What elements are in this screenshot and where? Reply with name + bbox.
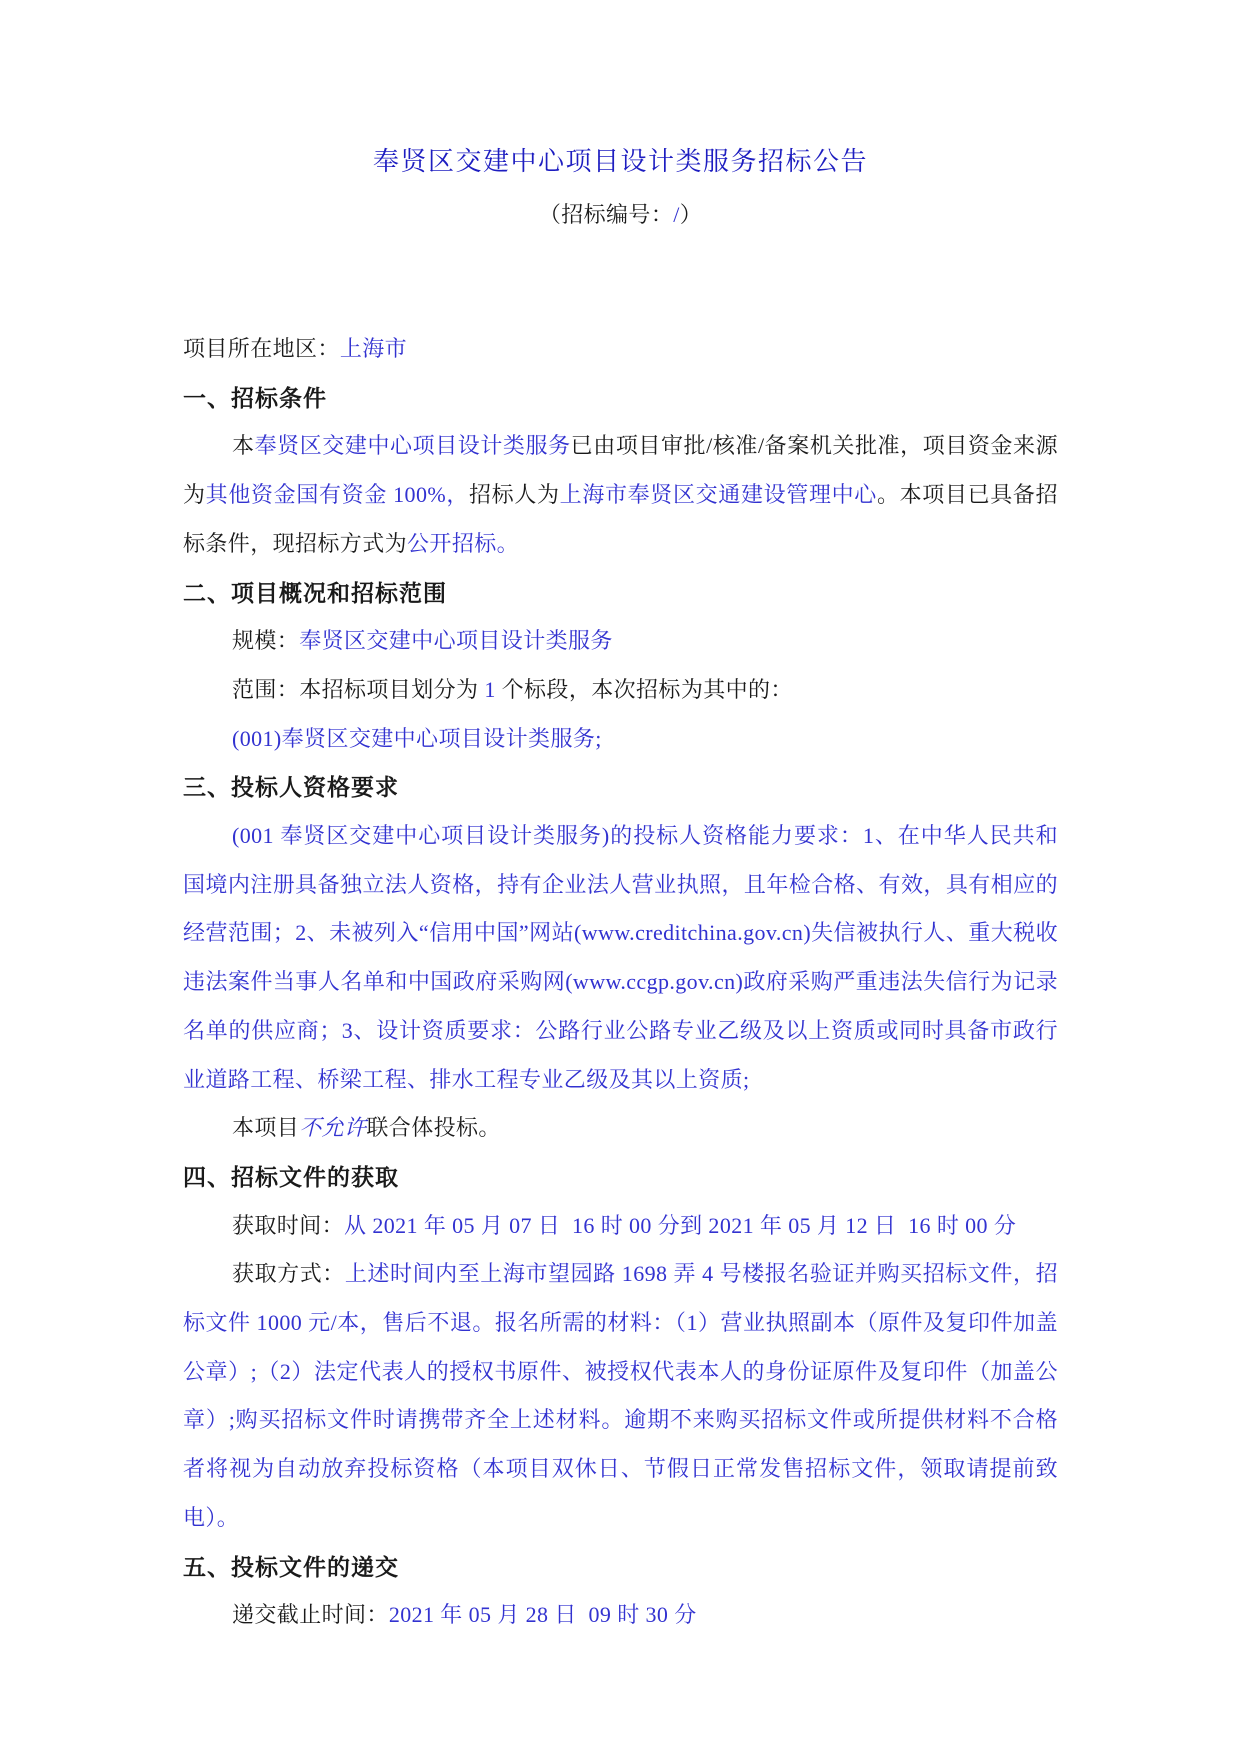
- text-segment: 本项目: [232, 1115, 299, 1140]
- text-segment: 二、项目概况和招标范围: [183, 580, 447, 606]
- text-segment: 奉贤区交建中心项目设计类服务: [255, 433, 571, 458]
- consortium-line: 本项目不允许联合体投标。: [183, 1104, 1058, 1153]
- lot-001-line: (001)奉贤区交建中心项目设计类服务;: [183, 715, 1058, 764]
- text-segment: 规模：: [232, 628, 299, 653]
- scope-line: 范围：本招标项目划分为 1 个标段，本次招标为其中的：: [183, 666, 1058, 715]
- text-segment: 上海市奉贤区交通建设管理中心: [560, 482, 877, 507]
- text-segment: 1: [484, 677, 495, 702]
- text-segment: 递交截止时间：: [232, 1602, 389, 1627]
- text-segment: (001)奉贤区交建中心项目设计类服务;: [232, 726, 602, 751]
- doc-title: 奉贤区交建中心项目设计类服务招标公告: [183, 142, 1058, 182]
- text-segment: 三、投标人资格要求: [183, 774, 399, 800]
- qualification-paragraph: (001 奉贤区交建中心项目设计类服务)的投标人资格能力要求：1、在中华人民共和…: [183, 812, 1058, 1104]
- document-page: 奉贤区交建中心项目设计类服务招标公告（招标编号：/）项目所在地区：上海市一、招标…: [0, 0, 1241, 1754]
- text-segment: ）: [680, 202, 702, 227]
- section-1-heading: 一、招标条件: [183, 374, 1058, 423]
- text-segment: 奉贤区交建中心项目设计类服务招标公告: [373, 147, 868, 176]
- text-segment: (001 奉贤区交建中心项目设计类服务)的投标人资格能力要求：1、在中华人民共和…: [183, 823, 1058, 1092]
- text-segment: 四、招标文件的获取: [183, 1164, 399, 1190]
- text-segment: 获取方式：: [232, 1261, 345, 1286]
- text-segment: 项目所在地区：: [183, 336, 340, 361]
- text-segment: 公开招标。: [407, 531, 519, 556]
- obtain-time-line: 获取时间：从 2021 年 05 月 07 日 16 时 00 分到 2021 …: [183, 1202, 1058, 1251]
- doc-subtitle: （招标编号：/）: [183, 198, 1058, 232]
- text-segment: 上海市: [340, 336, 407, 361]
- text-segment: 从 2021 年 05 月 07 日 16 时 00 分到 2021 年 05 …: [344, 1213, 1016, 1238]
- text-segment: 一、招标条件: [183, 385, 327, 411]
- text-segment: 个标段，本次招标为其中的：: [496, 677, 793, 702]
- section-4-heading: 四、招标文件的获取: [183, 1153, 1058, 1202]
- text-segment: 范围：本招标项目划分为: [232, 677, 484, 702]
- document-content: 奉贤区交建中心项目设计类服务招标公告（招标编号：/）项目所在地区：上海市一、招标…: [183, 142, 1058, 1640]
- scale-line: 规模：奉贤区交建中心项目设计类服务: [183, 617, 1058, 666]
- text-segment: 奉贤区交建中心项目设计类服务: [299, 628, 613, 653]
- section-2-heading: 二、项目概况和招标范围: [183, 569, 1058, 618]
- project-location-line: 项目所在地区：上海市: [183, 325, 1058, 374]
- text-segment: 不允许: [299, 1115, 366, 1140]
- section-1-paragraph: 本奉贤区交建中心项目设计类服务已由项目审批/核准/备案机关批准，项目资金来源为其…: [183, 422, 1058, 568]
- obtain-method-paragraph: 获取方式：上述时间内至上海市望园路 1698 弄 4 号楼报名验证并购买招标文件…: [183, 1250, 1058, 1542]
- text-segment: 联合体投标。: [366, 1115, 500, 1140]
- text-segment: 2021 年 05 月 28 日 09 时 30 分: [389, 1602, 697, 1627]
- submit-deadline-line: 递交截止时间：2021 年 05 月 28 日 09 时 30 分: [183, 1591, 1058, 1640]
- text-segment: 招标人为: [469, 482, 560, 507]
- text-segment: 本: [232, 433, 255, 458]
- text-segment: 五、投标文件的递交: [183, 1554, 399, 1580]
- section-3-heading: 三、投标人资格要求: [183, 763, 1058, 812]
- text-segment: （招标编号：: [539, 202, 673, 227]
- text-segment: 上述时间内至上海市望园路 1698 弄 4 号楼报名验证并购买招标文件，招标文件…: [183, 1261, 1058, 1530]
- text-segment: 获取时间：: [232, 1213, 344, 1238]
- text-segment: 其他资金国有资金 100%，: [206, 482, 469, 507]
- section-5-heading: 五、投标文件的递交: [183, 1543, 1058, 1592]
